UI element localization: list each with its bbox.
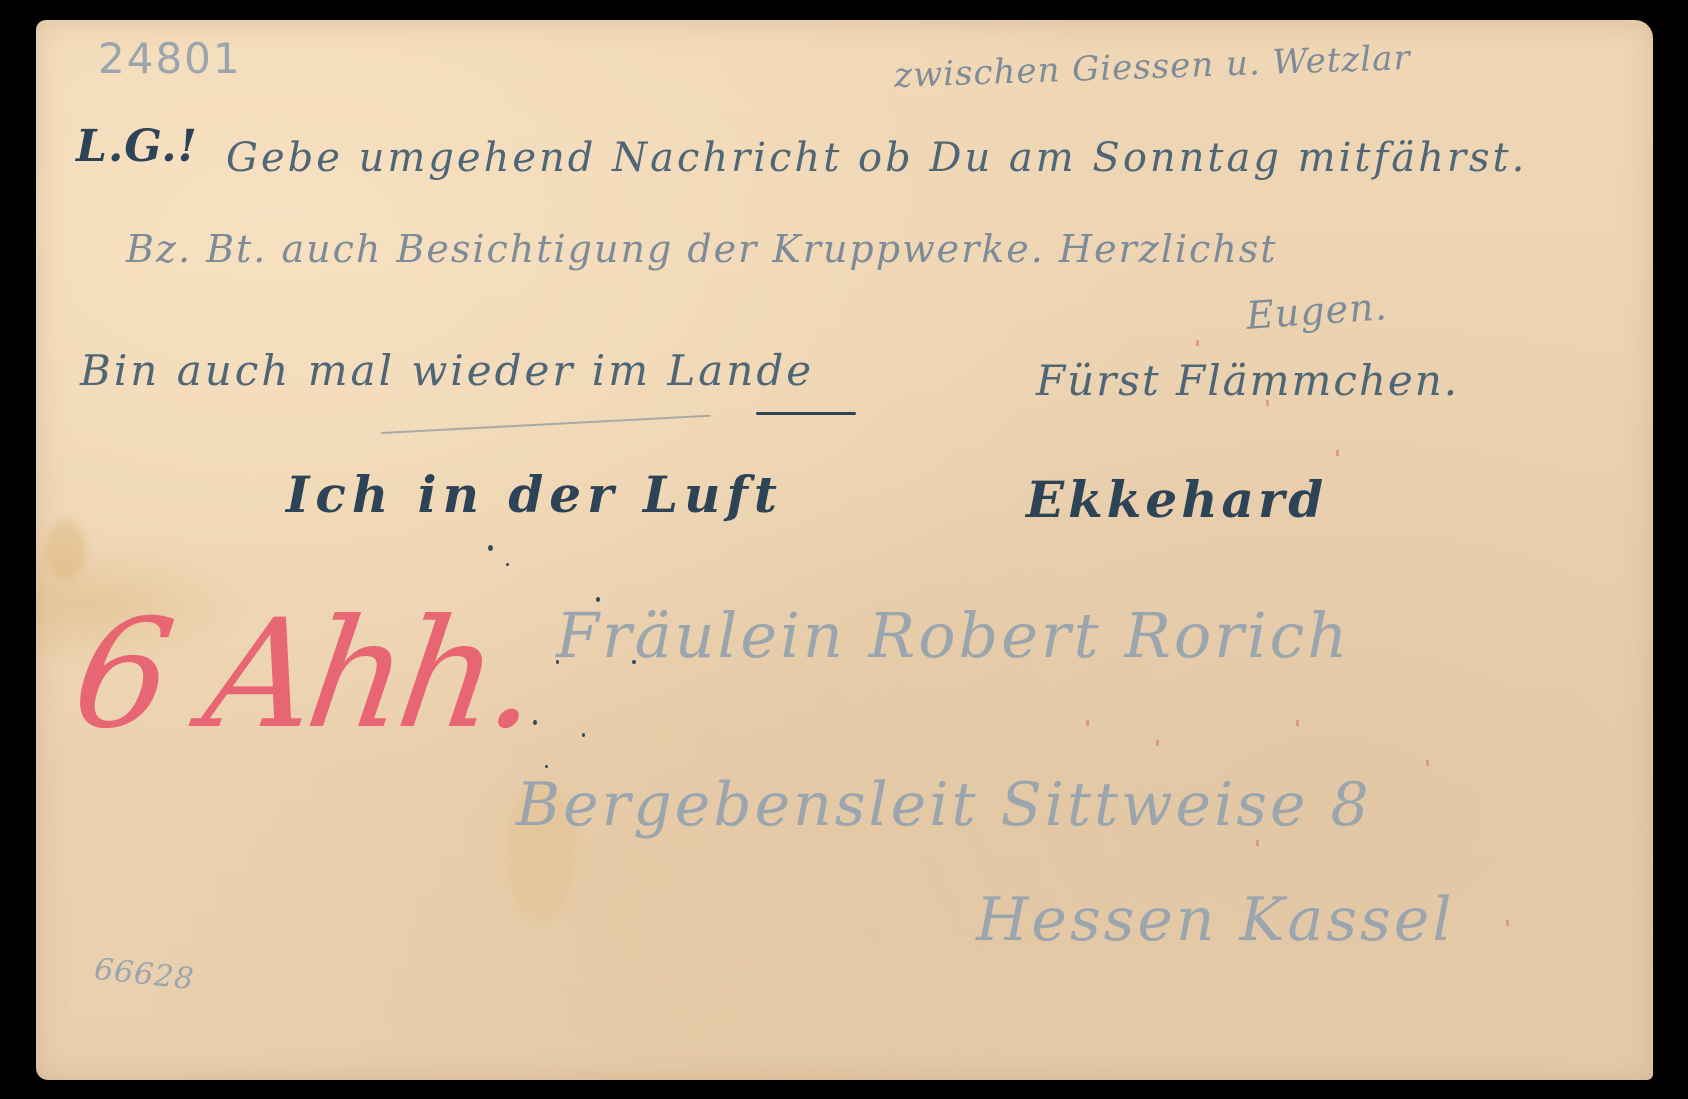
- message-line-3b: Fürst Flämmchen.: [1036, 360, 1459, 402]
- ink-speck: [488, 545, 493, 551]
- print-show-through: [1296, 720, 1299, 726]
- address-line-3: Hessen Kassel: [976, 890, 1455, 950]
- ink-speck: [545, 765, 548, 768]
- print-show-through: [1196, 340, 1199, 346]
- ink-speck: [556, 660, 559, 664]
- red-crayon-mark: 6 Ahh.: [65, 600, 542, 750]
- print-show-through: [1156, 740, 1159, 746]
- print-show-through: [1086, 720, 1089, 726]
- print-show-through: [1426, 760, 1429, 766]
- print-show-through: [1256, 840, 1259, 846]
- address-line-1: Fräulein Robert Rorich: [556, 605, 1350, 667]
- signature-ekkehard: Ekkehard: [1026, 475, 1327, 525]
- signoff-eugen: Eugen.: [1245, 287, 1389, 335]
- address-line-2: Bergebensleit Sittweise 8: [516, 775, 1372, 835]
- print-show-through: [1336, 450, 1339, 456]
- ink-speck: [632, 660, 636, 664]
- message-line-4: Ich in der Luft: [286, 470, 783, 520]
- archive-number-top: 24801: [98, 38, 242, 80]
- ink-speck: [582, 733, 585, 737]
- message-line-1: Gebe umgehend Nachricht ob Du am Sonntag…: [226, 138, 1527, 178]
- ink-speck: [533, 720, 537, 725]
- ink-speck: [506, 563, 509, 566]
- message-line-3: Bin auch mal wieder im Lande: [80, 350, 814, 392]
- postcard: 24801 zwischen Giessen u. Wetzlar L.G.! …: [36, 20, 1653, 1080]
- message-line-2: Bz. Bt. auch Besichtigung der Kruppwerke…: [126, 230, 1278, 268]
- underline-lande: [756, 412, 856, 415]
- pencil-stroke: [381, 415, 711, 434]
- print-show-through: [1266, 400, 1269, 406]
- ink-speck: [596, 597, 600, 602]
- print-show-through: [1506, 920, 1509, 926]
- greeting: L.G.!: [76, 125, 198, 169]
- header-note: zwischen Giessen u. Wetzlar: [894, 41, 1412, 93]
- paper-stain: [46, 520, 86, 580]
- archive-number-bottom: 66628: [93, 955, 196, 995]
